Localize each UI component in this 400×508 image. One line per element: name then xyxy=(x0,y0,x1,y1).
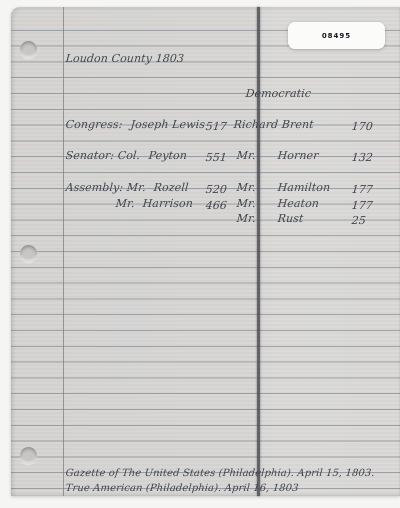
office-label: Assembly: Mr. xyxy=(65,180,147,195)
archive-number: 08495 xyxy=(322,32,351,40)
source-citation-row: Gazette of The United States (Philadelph… xyxy=(0,463,400,478)
page-fold-seam xyxy=(257,7,260,496)
candidate1-name: Joseph Lewis xyxy=(130,117,206,132)
candidate2-prefix: Mr. xyxy=(236,180,256,195)
candidate2-name: Heaton xyxy=(277,196,320,211)
margin-line xyxy=(63,7,64,496)
candidate1-votes: 551 xyxy=(205,150,228,165)
party-header: Democratic xyxy=(245,86,312,101)
candidate2-votes: 25 xyxy=(351,213,367,228)
candidate1-name: Rozell xyxy=(153,180,189,195)
source-citation: True American (Philadelphia). April 16, … xyxy=(65,481,299,496)
candidate2-name: Hamilton xyxy=(277,180,331,195)
page-title-row: Loudon County 1803 xyxy=(0,49,400,64)
punch-hole xyxy=(20,447,37,464)
candidate2-prefix: Mr. xyxy=(236,148,256,163)
office-label: Congress: xyxy=(65,117,123,132)
candidate1-votes: 517 xyxy=(205,119,228,134)
scanned-document: 08495 Loudon County 1803 Democratic Cong… xyxy=(0,0,400,508)
results-row-assembly-2: Mr. Harrison 466 Mr. Heaton 177 xyxy=(0,196,400,211)
candidate1-name: Peyton xyxy=(148,148,188,163)
candidate2-votes: 132 xyxy=(351,150,374,165)
office-label: Mr. xyxy=(115,196,135,211)
results-row-assembly-1: Assembly: Mr. Rozell 520 Mr. Hamilton 17… xyxy=(0,180,400,195)
source-citation-row: True American (Philadelphia). April 16, … xyxy=(0,478,400,493)
candidate2-name: Richard Brent xyxy=(233,117,314,132)
party-header-row: Democratic xyxy=(0,84,400,99)
candidate1-votes: 520 xyxy=(205,182,228,197)
office-label: Senator: Col. xyxy=(65,148,141,163)
candidate2-name: Horner xyxy=(277,148,319,163)
candidate2-votes: 177 xyxy=(351,182,374,197)
punch-hole xyxy=(20,245,37,262)
archive-label-sticker: 08495 xyxy=(288,22,385,49)
candidate2-prefix: Mr. xyxy=(236,196,256,211)
candidate2-prefix: Mr. xyxy=(236,211,256,226)
results-row-senator: Senator: Col. Peyton 551 Mr. Horner 132 xyxy=(0,148,400,163)
page-title: Loudon County 1803 xyxy=(65,51,185,66)
results-row-congress: Congress: Joseph Lewis 517 Richard Brent… xyxy=(0,117,400,132)
candidate2-name: Rust xyxy=(277,211,304,226)
results-row-assembly-3: Mr. Rust 25 xyxy=(0,211,400,226)
candidate1-name: Harrison xyxy=(142,196,194,211)
candidate2-votes: 170 xyxy=(351,119,374,134)
